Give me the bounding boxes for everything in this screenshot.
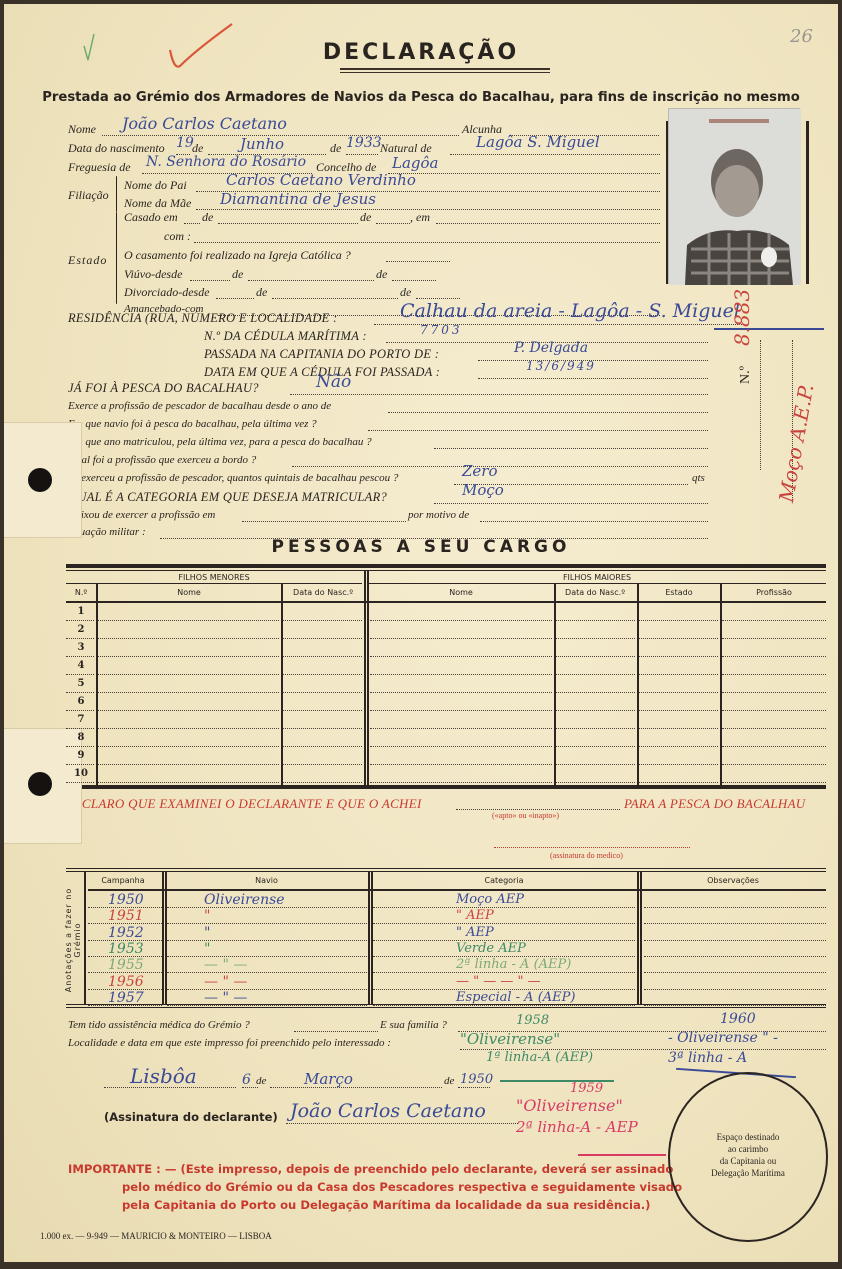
table-cell-line[interactable]	[98, 656, 279, 657]
table-cell-line[interactable]	[722, 692, 826, 693]
dotted-line	[194, 242, 660, 243]
row-number: 2	[70, 624, 92, 635]
field-dia-preench[interactable]: 6	[242, 1072, 251, 1088]
note-1960-cat: 3ª linha - A	[668, 1050, 747, 1066]
medico-signature-hint: (assinatura do medico)	[550, 851, 623, 860]
label-residencia: RESIDÊNCIA (RUA, NÚMERO E LOCALIDADE :	[68, 311, 337, 326]
col-categoria: Categoria	[371, 876, 637, 885]
declaration-form: 26 DECLARAÇÃO Prestada ao Grémio dos Arm…	[4, 4, 838, 1262]
rule	[66, 1007, 826, 1008]
label-capitania: PASSADA NA CAPITANIA DO PORTO DE :	[204, 347, 439, 362]
col-divider	[720, 583, 722, 785]
field-ano[interactable]: 1933	[346, 135, 382, 151]
table-cell-line	[644, 1005, 826, 1006]
rule	[368, 583, 826, 584]
label-desde-ano: Exerce a profissão de pescador de bacalh…	[68, 400, 331, 412]
table-cell-line[interactable]	[98, 674, 279, 675]
note-1960-ship: - Oliveirense " -	[668, 1030, 778, 1046]
table-cell-line[interactable]	[98, 764, 279, 765]
label-mae: Nome da Mãe	[124, 196, 191, 211]
row-number: 9	[70, 750, 92, 761]
label-de: de	[444, 1075, 454, 1087]
annotation-categoria: — " — — " —	[456, 974, 541, 989]
stamp-line: Espaço destinado	[668, 1131, 828, 1143]
row-number: 3	[70, 642, 92, 653]
label-igreja: O casamento foi realizado na Igreja Cató…	[124, 248, 351, 263]
table-cell-line[interactable]	[639, 656, 718, 657]
dotted-line	[478, 378, 708, 379]
field-data-cedula[interactable]: 13/6/949	[526, 359, 596, 373]
dotted-line	[66, 674, 94, 675]
table-cell-line[interactable]	[98, 638, 279, 639]
signature-line	[286, 1123, 518, 1124]
header-filhos-maiores: FILHOS MAIORES	[368, 573, 826, 582]
table-cell-line[interactable]	[556, 764, 635, 765]
label-de: de	[360, 210, 371, 225]
annotation-navio: — " —	[204, 990, 247, 1006]
field-local[interactable]: Lisbôa	[130, 1064, 197, 1088]
field-mes[interactable]: Junho	[240, 135, 284, 153]
dotted-line	[184, 223, 200, 224]
label-com: com :	[164, 229, 191, 244]
table-cell-line[interactable]	[556, 674, 635, 675]
dotted-line	[248, 280, 374, 281]
dotted-line	[66, 692, 94, 693]
annotations-side-label: Anotações a fazer no Grémio	[64, 872, 82, 1008]
annotation-campanha: 1957	[108, 990, 144, 1006]
label-ja-foi: JÁ FOI À PESCA DO BACALHAU?	[68, 381, 259, 396]
label-profissao-bordo: Qual foi a profissão que exerceu a bordo…	[68, 454, 256, 466]
annotation-navio: — " —	[204, 957, 247, 973]
table-cell-line[interactable]	[639, 692, 718, 693]
important-note-line2: pelo médico do Grémio ou da Casa dos Pes…	[122, 1180, 682, 1194]
table-cell-line[interactable]	[98, 692, 279, 693]
annotation-campanha: 1950	[108, 892, 144, 908]
table-cell-line[interactable]	[722, 638, 826, 639]
dotted-line	[66, 728, 94, 729]
table-cell-line[interactable]	[722, 746, 826, 747]
table-cell-line	[644, 923, 826, 924]
col-divider	[96, 583, 98, 785]
table-cell-line[interactable]	[639, 746, 718, 747]
label-categoria: QUAL É A CATEGORIA EM QUE DESEJA MATRICU…	[68, 490, 387, 505]
medical-declaration-end: PARA A PESCA DO BACALHAU	[624, 796, 806, 812]
dotted-line	[66, 764, 94, 765]
side-number-value: 8.883	[730, 289, 754, 346]
table-cell-line[interactable]	[722, 764, 826, 765]
rule	[66, 583, 362, 584]
field-pai[interactable]: Carlos Caetano Verdinho	[226, 171, 416, 189]
table-cell-line[interactable]	[370, 746, 552, 747]
dotted-line	[66, 620, 94, 621]
apto-hint: («apto» ou «inapto»)	[492, 811, 559, 820]
field-concelho[interactable]: Lagôa	[392, 154, 438, 172]
title-underline	[340, 68, 550, 73]
dotted-line	[434, 503, 708, 504]
annotation-campanha: 1955	[108, 957, 144, 973]
table-cell-line[interactable]	[370, 620, 552, 621]
note-1958-cat: 1ª linha-A (AEP)	[486, 1050, 593, 1065]
table-cell-line[interactable]	[370, 710, 552, 711]
table-cell-line[interactable]	[639, 782, 718, 783]
table-cell-line[interactable]	[722, 674, 826, 675]
table-cell-line[interactable]	[556, 710, 635, 711]
dotted-line	[294, 1031, 378, 1032]
dotted-line	[270, 1087, 442, 1088]
table-cell-line[interactable]	[722, 710, 826, 711]
table-cell-line[interactable]	[639, 764, 718, 765]
field-natural[interactable]: Lagôa S. Miguel	[476, 133, 600, 151]
medico-signature-line	[494, 847, 690, 848]
table-cell-line	[644, 989, 826, 990]
table-cell-line	[644, 972, 826, 973]
label-por-motivo: por motivo de	[408, 509, 469, 521]
table-cell-line[interactable]	[639, 710, 718, 711]
dotted-line	[66, 746, 94, 747]
col-divider	[84, 871, 86, 1004]
row-number: 1	[70, 606, 92, 617]
label-ultimo-navio: Em que navio foi à pesca do bacalhau, pe…	[68, 418, 317, 430]
dotted-line	[216, 298, 254, 299]
table-cell-line	[644, 956, 826, 957]
col-divider	[637, 583, 639, 785]
col-nome-maiores: Nome	[368, 588, 554, 597]
table-cell-line[interactable]	[370, 728, 552, 729]
col-navio: Navio	[165, 876, 368, 885]
note-1960-year: 1960	[720, 1011, 756, 1027]
annotation-categoria: " AEP	[456, 908, 494, 923]
label-filiacao: Filiação	[68, 188, 109, 203]
table-cell-line[interactable]	[98, 746, 279, 747]
table-cell-line[interactable]	[283, 746, 362, 747]
table-cell-line	[167, 1005, 367, 1006]
underline-stroke	[578, 1154, 666, 1156]
field-capitania[interactable]: P. Delgada	[514, 340, 588, 356]
col-observacoes: Observações	[640, 876, 826, 885]
rule	[66, 601, 826, 603]
label-de: de	[256, 285, 267, 300]
table-cell-line	[167, 972, 367, 973]
dotted-line	[346, 154, 378, 155]
label-deixou: Deixou de exercer a profissão em	[68, 509, 215, 521]
table-cell-line[interactable]	[283, 656, 362, 657]
brace	[116, 176, 117, 212]
dotted-line	[388, 173, 660, 174]
dotted-line	[272, 298, 398, 299]
table-cell-line[interactable]	[556, 782, 635, 783]
table-cell-line[interactable]	[370, 764, 552, 765]
table-cell-line	[644, 940, 826, 941]
annotation-navio: "	[204, 925, 210, 941]
dotted-line	[242, 521, 406, 522]
dotted-line	[376, 223, 410, 224]
label-familia: E sua familia ?	[380, 1019, 447, 1031]
note-1958-year: 1958	[516, 1013, 549, 1028]
annotation-navio: "	[204, 908, 210, 924]
table-cell-line[interactable]	[283, 710, 362, 711]
field-categoria[interactable]: Moço	[462, 481, 504, 499]
table-cell-line[interactable]	[556, 728, 635, 729]
important-note-line1: IMPORTANTE : — (Este impresso, depois de…	[68, 1162, 673, 1176]
table-cell-line[interactable]	[722, 728, 826, 729]
field-signature[interactable]: João Carlos Caetano	[290, 1100, 486, 1122]
table-cell-line	[644, 907, 826, 908]
brace	[116, 212, 117, 304]
table-cell-line	[167, 940, 367, 941]
dotted-line	[760, 340, 761, 470]
table-cell-line	[373, 907, 635, 908]
col-divider	[554, 583, 556, 785]
side-number-label: N.º	[738, 366, 753, 384]
dotted-line	[292, 466, 708, 467]
field-quintais[interactable]: Zero	[462, 462, 498, 480]
table-cell-line[interactable]	[556, 620, 635, 621]
label-nome: Nome	[68, 122, 96, 137]
label-de: de	[400, 285, 411, 300]
dotted-line	[190, 280, 230, 281]
col-data-nasc: Data do Nasc.º	[282, 588, 364, 597]
field-mae[interactable]: Diamantina de Jesus	[220, 190, 376, 208]
field-ja-foi[interactable]: Não	[316, 372, 351, 392]
dotted-line	[66, 710, 94, 711]
dotted-line	[388, 412, 708, 413]
table-cell-line[interactable]	[283, 620, 362, 621]
dotted-line	[218, 223, 358, 224]
section-title-dependents: PESSOAS A SEU CARGO	[4, 537, 838, 557]
stamp-line: ao carimbo	[668, 1143, 828, 1155]
dotted-line	[450, 154, 660, 155]
rule	[66, 564, 826, 568]
annotation-campanha: 1956	[108, 974, 144, 990]
label-estado: Estado	[68, 253, 107, 268]
annotation-campanha: 1952	[108, 925, 144, 941]
subtitle: Prestada ao Grémio dos Armadores de Navi…	[4, 90, 838, 105]
label-assistencia: Tem tido assistência médica do Grémio ?	[68, 1019, 250, 1031]
table-cell-line[interactable]	[370, 782, 552, 783]
annotation-navio: "	[204, 941, 210, 957]
punch-hole	[28, 772, 52, 796]
medical-declaration: DECLARO QUE EXAMINEI O DECLARANTE E QUE …	[64, 796, 422, 812]
table-cell-line[interactable]	[283, 728, 362, 729]
dotted-line	[66, 638, 94, 639]
annotation-categoria: " AEP	[456, 925, 494, 940]
table-cell-line[interactable]	[639, 728, 718, 729]
annotation-campanha: 1953	[108, 941, 144, 957]
table-cell-line[interactable]	[556, 692, 635, 693]
col-estado: Estado	[638, 588, 720, 597]
row-number: 8	[70, 732, 92, 743]
table-cell-line[interactable]	[639, 620, 718, 621]
printer-imprint: 1.000 ex. — 9-949 — MAURICIO & MONTEIRO …	[40, 1231, 272, 1241]
annotation-categoria: Verde AEP	[456, 941, 526, 956]
row-number: 5	[70, 678, 92, 689]
label-de: de	[256, 1075, 266, 1087]
table-cell-line[interactable]	[556, 746, 635, 747]
annotation-categoria: Especial - A (AEP)	[456, 990, 575, 1005]
table-cell-line[interactable]	[556, 638, 635, 639]
dotted-line	[368, 430, 708, 431]
signature-label: (Assinatura do declarante)	[104, 1110, 278, 1124]
table-cell-line[interactable]	[98, 620, 279, 621]
field-nome[interactable]: João Carlos Caetano	[122, 114, 287, 133]
stamp-text: Espaço destinado ao carimbo da Capitania…	[668, 1131, 828, 1179]
table-cell-line[interactable]	[98, 782, 279, 783]
note-1959-ship: "Oliveirense"	[516, 1096, 623, 1115]
dotted-line	[416, 298, 460, 299]
page-title: DECLARAÇÃO	[4, 40, 838, 65]
label-viuvo: Viúvo-desde	[124, 267, 182, 282]
row-number: 6	[70, 696, 92, 707]
table-cell-line[interactable]	[283, 782, 362, 783]
table-cell-line	[167, 923, 367, 924]
rule	[66, 570, 826, 571]
col-data-nasc-maiores: Data do Nasc.º	[554, 588, 636, 597]
field-freguesia[interactable]: N. Senhora do Rosário	[146, 154, 306, 170]
dotted-line	[458, 1087, 490, 1088]
table-cell-line[interactable]	[639, 674, 718, 675]
side-category: Moço A.E.P.	[774, 382, 818, 504]
table-cell-line[interactable]	[283, 638, 362, 639]
dotted-line	[66, 782, 94, 783]
label-de: de	[202, 210, 213, 225]
note-1958-ship: "Oliveirense"	[460, 1030, 560, 1048]
label-freguesia: Freguesia de	[68, 160, 131, 175]
col-divider	[364, 570, 366, 785]
rule	[88, 889, 826, 891]
table-cell-line[interactable]	[283, 692, 362, 693]
annotation-categoria: Moço AEP	[456, 892, 524, 907]
field-ano-preench[interactable]: 1950	[460, 1072, 493, 1087]
table-cell-line	[167, 956, 367, 957]
row-number: 10	[70, 768, 92, 779]
stamp-line: Delegação Marítima	[668, 1167, 828, 1179]
col-campanha: Campanha	[84, 876, 162, 885]
table-cell-line[interactable]	[283, 674, 362, 675]
side-number: N.º 8.883	[730, 244, 754, 384]
label-qts: qts	[692, 472, 705, 484]
col-divider	[367, 570, 369, 785]
label-divorciado: Divorciado-desde	[124, 285, 210, 300]
important-note-line3: pela Capitania do Porto ou Delegação Mar…	[122, 1198, 650, 1212]
label-de: de	[376, 267, 387, 282]
rule	[66, 868, 826, 869]
note-1959-year: 1959	[570, 1081, 603, 1096]
table-cell-line	[373, 923, 635, 924]
col-profissao: Profissão	[722, 588, 826, 597]
dotted-line	[386, 261, 450, 262]
dotted-line	[290, 394, 708, 395]
field-cedula[interactable]: 7703	[420, 323, 463, 337]
note-1959-cat: 2ª linha-A - AEP	[516, 1118, 638, 1136]
table-cell-line[interactable]	[556, 656, 635, 657]
annotation-campanha: 1951	[108, 908, 144, 924]
stamp-line: da Capitania ou	[668, 1155, 828, 1167]
col-divider	[281, 583, 283, 785]
label-quintais: Se exerceu a profissão de pescador, quan…	[68, 472, 398, 484]
row-number: 7	[70, 714, 92, 725]
rule	[66, 871, 826, 872]
col-n: N.º	[66, 588, 96, 597]
label-de: de	[232, 267, 243, 282]
table-cell-line[interactable]	[370, 674, 552, 675]
row-number: 4	[70, 660, 92, 671]
table-cell-line[interactable]	[370, 638, 552, 639]
table-cell-line	[167, 989, 367, 990]
label-ultimo-ano: Em que ano matriculou, pela última vez, …	[68, 436, 372, 448]
annotation-navio: — " —	[204, 974, 247, 990]
table-cell-line[interactable]	[370, 656, 552, 657]
rule	[66, 785, 826, 789]
table-cell-line[interactable]	[283, 764, 362, 765]
col-nome: Nome	[98, 588, 280, 597]
dotted-line	[456, 809, 620, 810]
field-mes-preench[interactable]: Março	[304, 1070, 353, 1088]
table-cell-line	[373, 1005, 635, 1006]
label-em: , em	[410, 210, 430, 225]
table-cell-line[interactable]	[98, 728, 279, 729]
punch-hole	[28, 468, 52, 492]
dotted-line	[66, 656, 94, 657]
dotted-line	[480, 521, 708, 522]
table-cell-line[interactable]	[98, 710, 279, 711]
label-pai: Nome do Pai	[124, 178, 187, 193]
table-cell-line[interactable]	[370, 692, 552, 693]
table-cell-line[interactable]	[722, 782, 826, 783]
annotation-navio: Oliveirense	[204, 892, 285, 908]
label-de: de	[330, 141, 341, 156]
table-cell-line[interactable]	[639, 638, 718, 639]
table-cell-line[interactable]	[722, 656, 826, 657]
dotted-line	[436, 223, 660, 224]
label-localidade: Localidade e data em que este impresso f…	[68, 1037, 391, 1049]
table-cell-line[interactable]	[722, 620, 826, 621]
annotation-categoria: 2ª linha - A (AEP)	[456, 957, 571, 972]
label-cedula: N.º DA CÉDULA MARÍTIMA :	[204, 329, 367, 344]
header-filhos-menores: FILHOS MENORES	[66, 573, 362, 582]
dotted-line	[392, 280, 436, 281]
dotted-line	[434, 448, 708, 449]
field-residencia[interactable]: Calhau da areia - Lagôa - S. Miguel	[400, 300, 740, 322]
label-casado: Casado em	[124, 210, 178, 225]
